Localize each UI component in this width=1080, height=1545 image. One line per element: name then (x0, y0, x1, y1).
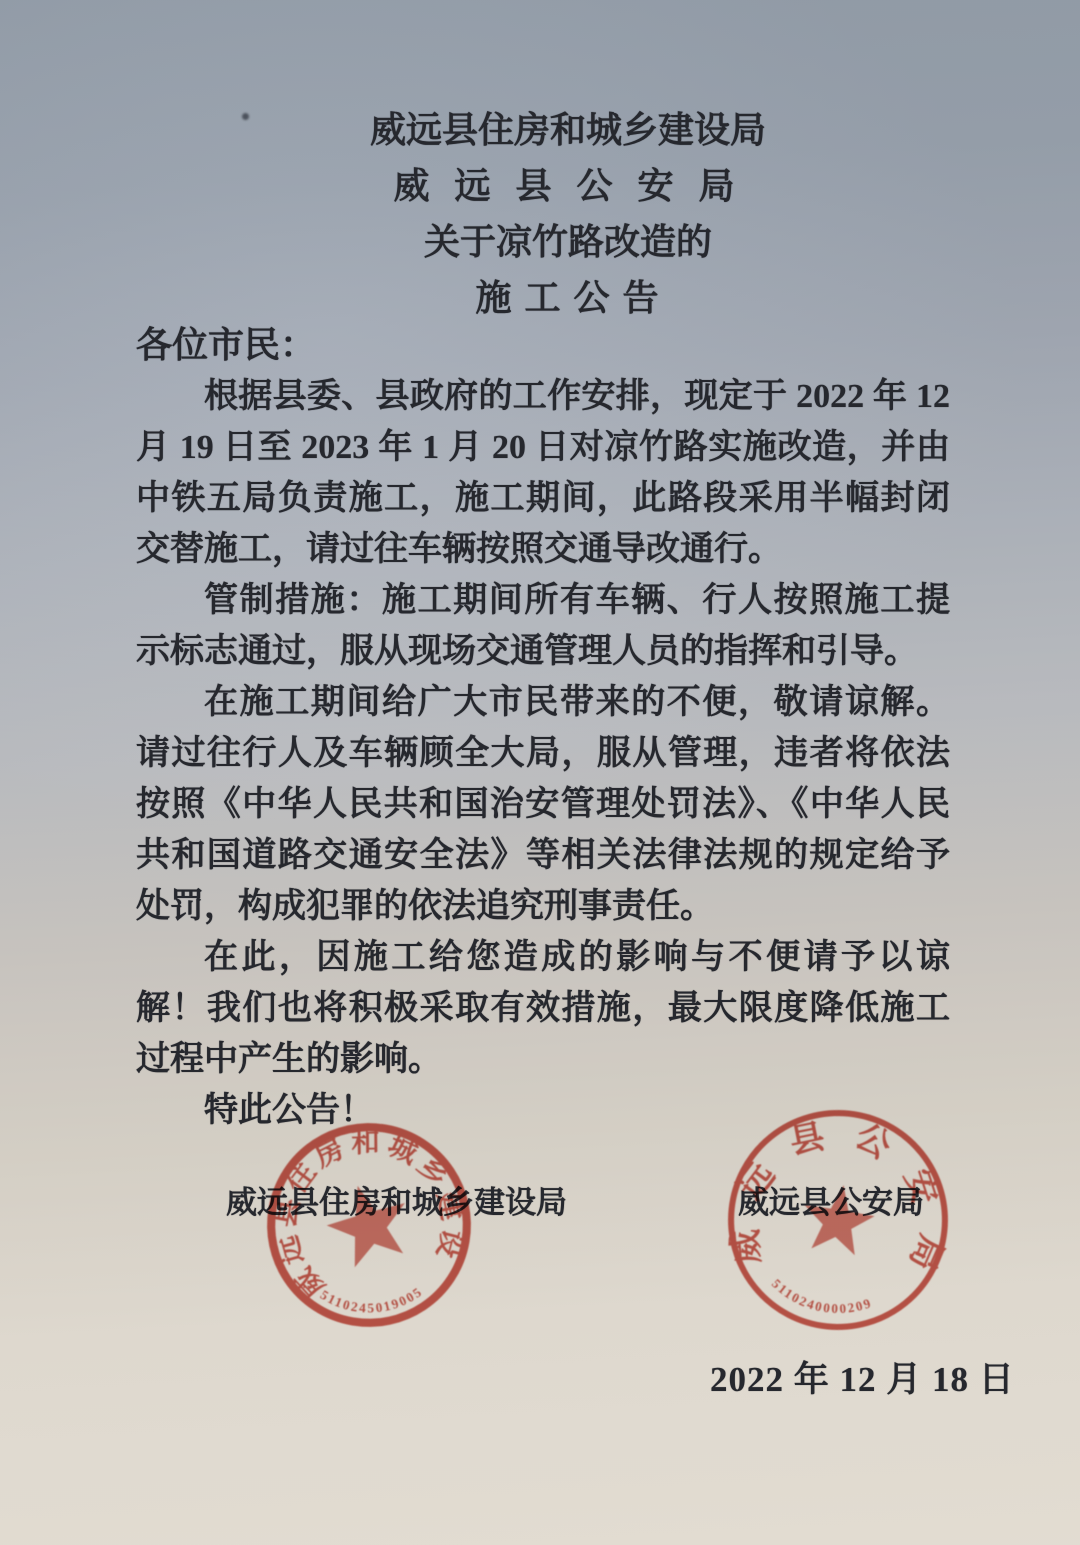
salutation: 各位市民： (136, 320, 950, 371)
notice-type-line: 施 工 公 告 (28, 270, 1080, 326)
notice-header: 威远县住房和城乡建设局 威 远 县 公 安 局 关于凉竹路改造的 施 工 公 告 (28, 102, 1080, 326)
public-security-seal: 威远县公安局 5110240000209 (711, 1093, 966, 1348)
issuer-line-housing-bureau: 威远县住房和城乡建设局 (28, 102, 1080, 158)
notice-date: 2022 年 12 月 18 日 (710, 1352, 1015, 1402)
paragraph-legal-liability: 在施工期间给广大市民带来的不便，敬请谅解。请过往行人及车辆顾全大局，服从管理，违… (136, 677, 950, 932)
notice-body: 各位市民： 根据县委、县政府的工作安排，现定于 2022 年 12 月 19 日… (136, 320, 950, 1136)
seal-star-icon (319, 1175, 419, 1272)
issuer-line-police-bureau: 威 远 县 公 安 局 (28, 158, 1080, 214)
notice-subject-line: 关于凉竹路改造的 (28, 214, 1080, 270)
paragraph-apology: 在此，因施工给您造成的影响与不便请予以谅解！我们也将积极采取有效措施，最大限度降… (136, 932, 950, 1085)
paragraph-control-measures: 管制措施：施工期间所有车辆、行人按照施工提示标志通过，服从现场交通管理人员的指挥… (136, 575, 950, 677)
paragraph-schedule: 根据县委、县政府的工作安排，现定于 2022 年 12 月 19 日至 2023… (136, 371, 950, 575)
housing-bureau-seal: 威远县住房和城乡建设局 5110245019005 (242, 1098, 496, 1352)
notice-document-photo: 威远县住房和城乡建设局 威 远 县 公 安 局 关于凉竹路改造的 施 工 公 告… (0, 0, 1080, 1545)
seal-star-icon (798, 1180, 879, 1258)
